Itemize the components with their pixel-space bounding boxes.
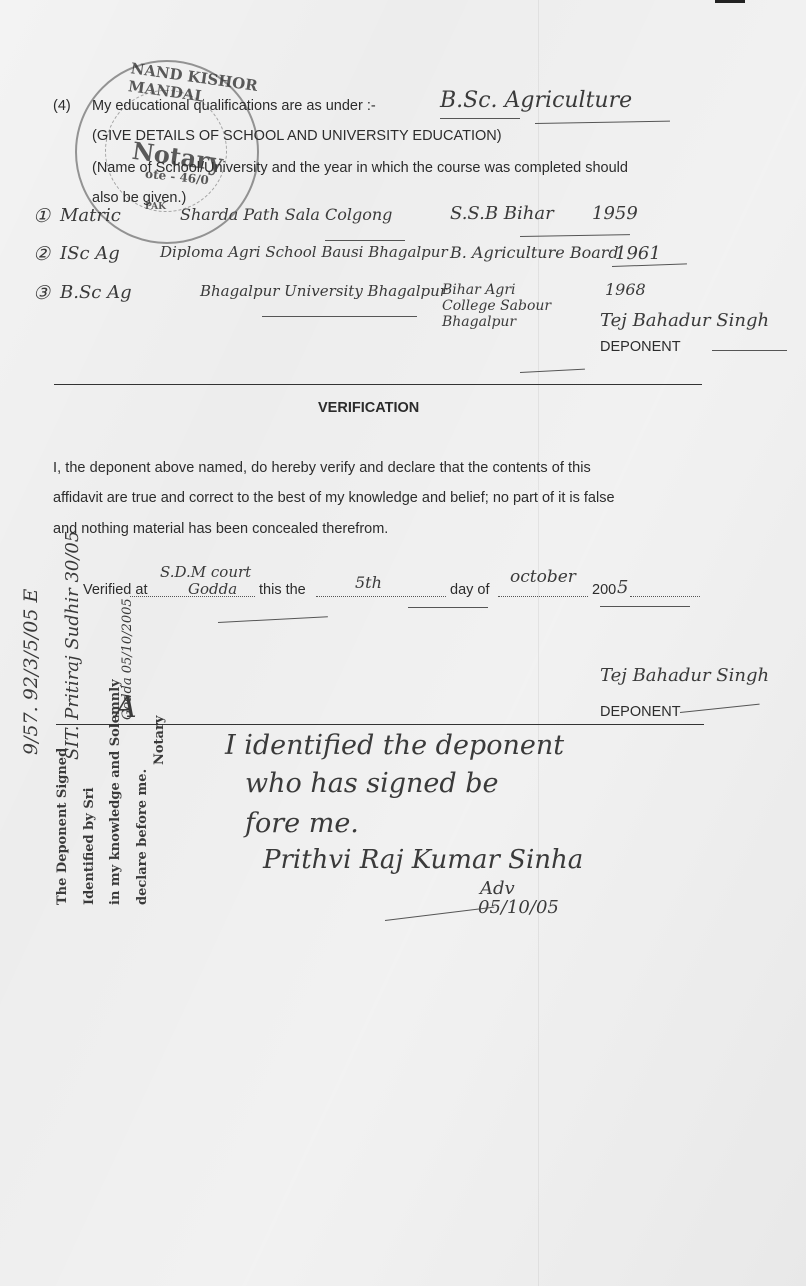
day-value: 5th xyxy=(355,573,382,592)
year-prefix: 200 xyxy=(592,582,616,598)
entry-board: Bihar Agri College Sabour Bhagalpur xyxy=(442,282,567,330)
advocate-name: Prithvi Raj Kumar Sinha xyxy=(263,845,583,875)
entry-institution: Diploma Agri School Bausi Bhagalpur xyxy=(160,243,448,261)
advocate-note-line-3: fore me. xyxy=(245,808,359,839)
endorsement-line-4: declare before me. xyxy=(135,769,150,905)
page-fold xyxy=(538,0,539,1286)
endorsement-handwritten-1: 9/57. 92/3/5/05 E xyxy=(20,589,42,755)
scan-mark xyxy=(715,0,745,3)
item-number: (4) xyxy=(53,98,71,114)
verified-at-place: Godda xyxy=(188,580,237,598)
endorsement-line-1: The Deponent Signed xyxy=(55,748,70,905)
answer-underline xyxy=(440,118,520,119)
qualification-answer: B.Sc. Agriculture xyxy=(440,88,632,113)
verification-line-3: and nothing material has been concealed … xyxy=(53,521,388,537)
verification-line-2: affidavit are true and correct to the be… xyxy=(53,490,615,506)
date-stroke xyxy=(600,606,690,607)
instruction-1: (GIVE DETAILS OF SCHOOL AND UNIVERSITY E… xyxy=(92,128,502,144)
endorsement-handwritten-2: SIT. Pritiraj Sudhir 30/05 xyxy=(62,531,83,760)
entry-number: ① xyxy=(33,205,50,227)
date-stroke xyxy=(408,607,488,608)
year-field xyxy=(630,582,700,597)
entry-course: B.Sc Ag xyxy=(60,282,132,303)
verification-signature: Tej Bahadur Singh xyxy=(600,665,769,686)
instruction-3: also be given.) xyxy=(92,190,186,206)
verification-deponent-label: DEPONENT xyxy=(600,704,681,720)
deponent-label: DEPONENT xyxy=(600,339,681,355)
year-suffix: 5 xyxy=(617,577,628,598)
entry-year: 1959 xyxy=(592,203,638,224)
advocate-note-line-2: who has signed be xyxy=(245,768,499,799)
endorsement-line-2: Identified by Sri xyxy=(82,787,97,905)
verified-at-value: S.D.M court xyxy=(160,563,251,581)
signature-line xyxy=(712,350,787,351)
month-value: october xyxy=(510,567,576,587)
entry-underline xyxy=(262,316,417,317)
entry-institution: Bhagalpur University Bhagalpur xyxy=(200,282,447,300)
instruction-2: (Name of School/University and the year … xyxy=(92,160,628,176)
entry-year: 1968 xyxy=(605,280,646,299)
entry-course: ISc Ag xyxy=(60,243,120,264)
entry-board: S.S.B Bihar xyxy=(450,203,554,224)
entry-number: ③ xyxy=(33,282,50,304)
verification-heading: VERIFICATION xyxy=(318,400,419,416)
entry-year: 1961 xyxy=(615,243,661,264)
advocate-title: Adv xyxy=(480,878,515,899)
day-of-label: day of xyxy=(450,582,490,598)
section-divider xyxy=(54,384,702,385)
qualification-statement: My educational qualifications are as und… xyxy=(92,98,376,114)
notary-initial: A xyxy=(115,690,137,725)
entry-underline xyxy=(325,240,405,241)
entry-number: ② xyxy=(33,243,50,265)
notary-label: Notary xyxy=(152,716,167,765)
deponent-signature: Tej Bahadur Singh xyxy=(600,310,769,331)
entry-institution: Sharda Path Sala Colgong xyxy=(180,205,392,224)
entry-board: B. Agriculture Board xyxy=(450,243,619,262)
entry-course: Matric xyxy=(60,205,121,226)
verification-line-1: I, the deponent above named, do hereby v… xyxy=(53,460,591,476)
this-the-label: this the xyxy=(259,582,306,598)
advocate-note-line-1: I identified the deponent xyxy=(225,730,564,761)
